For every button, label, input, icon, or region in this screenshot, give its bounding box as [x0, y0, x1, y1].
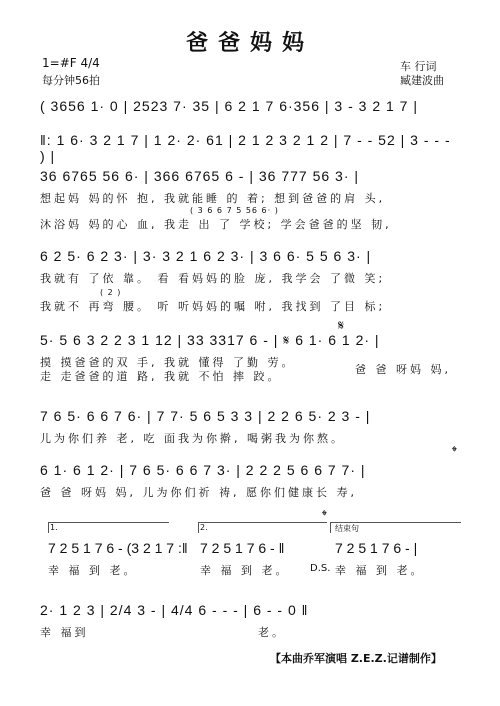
verse-lyrics-2b: 我就不 再弯 腰。 听 听妈妈的嘱 咐, 我找到 了目 标;: [40, 298, 460, 314]
coda-lyrics: 幸 福 到 老。: [335, 562, 425, 578]
refrain-lyric-start: 爸 爸 呀妈 妈,: [355, 361, 451, 377]
tempo-marking: 每分钟56拍: [42, 72, 100, 88]
refrain-notes-1: 7 6 5· 6 6 7 6· | 7 7· 5 6 5 3 3 | 2 2 6…: [40, 408, 460, 424]
ending-2-notes: 7 2 5 1 7 6 - ‖: [200, 540, 284, 556]
ending-2-lyrics: 幸 福 到 老。: [200, 562, 290, 578]
ending-1-lyrics: 幸 福 到 老。: [48, 562, 138, 578]
footer-credit: 【本曲乔军演唱 Z.E.Z.记谱制作】: [270, 650, 442, 666]
alt-notes-2: ( 2 ): [100, 288, 500, 297]
alt-notes-1: ( 3 6 6 7 5 56 6· ): [190, 206, 500, 215]
final-lyrics-2: 老。: [258, 624, 286, 640]
coda-section-label: 结束句: [335, 523, 359, 534]
song-title: 爸爸妈妈: [0, 26, 500, 57]
refrain-lyrics-2: 爸 爸 呀妈 妈, 儿为你们祈 祷, 愿你们健康长 寿,: [40, 484, 460, 500]
verse-lyrics-2a: 我就有 了依 靠。 看 看妈妈的脸 庞, 我学会 了微 笑;: [40, 270, 460, 286]
intro-line-1: ( 3656 1· 0 | 2523 7· 35 | 6 2 1 7 6·356…: [40, 98, 460, 114]
refrain-notes-2: 6 1· 6 1 2· | 7 6 5· 6 6 7 3· | 2 2 2 5 …: [40, 462, 460, 478]
verse-notes-3: 5· 5 6 3 2 2 3 1 12 | 33 3317 6 - | 𝄋 6 …: [40, 332, 460, 349]
composer-credit: 臧建波曲: [400, 72, 444, 88]
verse-notes-2: 6 2 5· 6 2 3· | 3· 3 2 1 6 2 3· | 3 6 6·…: [40, 248, 460, 264]
final-lyrics-1: 幸 福到: [40, 624, 460, 640]
coda-icon: 𝄌: [452, 444, 457, 460]
verse-lyrics-1b: 沐浴妈 妈的心 血, 我走 出 了 学校; 学会爸爸的坚 韧,: [40, 216, 460, 232]
intro-line-2: ‖: 1 6· 3 2 1 7 | 1 2· 2· 61 | 2 1 2 3 2…: [40, 132, 460, 164]
coda-notes: 7 2 5 1 7 6 - |: [335, 540, 417, 556]
volta-1-label: 1.: [50, 523, 58, 532]
ds-marking: D.S.: [310, 563, 330, 574]
refrain-lyrics-1: 儿为你们养 老, 吃 面我为你擀, 喝粥我为你熬。: [40, 430, 460, 446]
ending-1-notes: 7 2 5 1 7 6 - (3 2 1 7 :‖: [48, 540, 188, 556]
verse-notes-1: 36 6765 56 6· | 366 6765 6 - | 36 777 56…: [40, 168, 460, 184]
key-signature: 1=#F 4/4: [42, 56, 100, 70]
volta-2-label: 2.: [200, 523, 208, 532]
final-notes: 2· 1 2 3 | 2/4 3 - | 4/4 6 - - - | 6 - -…: [40, 602, 460, 618]
verse-lyrics-1a: 想起妈 妈的怀 抱, 我就能睡 的 着; 想到爸爸的肩 头,: [40, 190, 460, 206]
